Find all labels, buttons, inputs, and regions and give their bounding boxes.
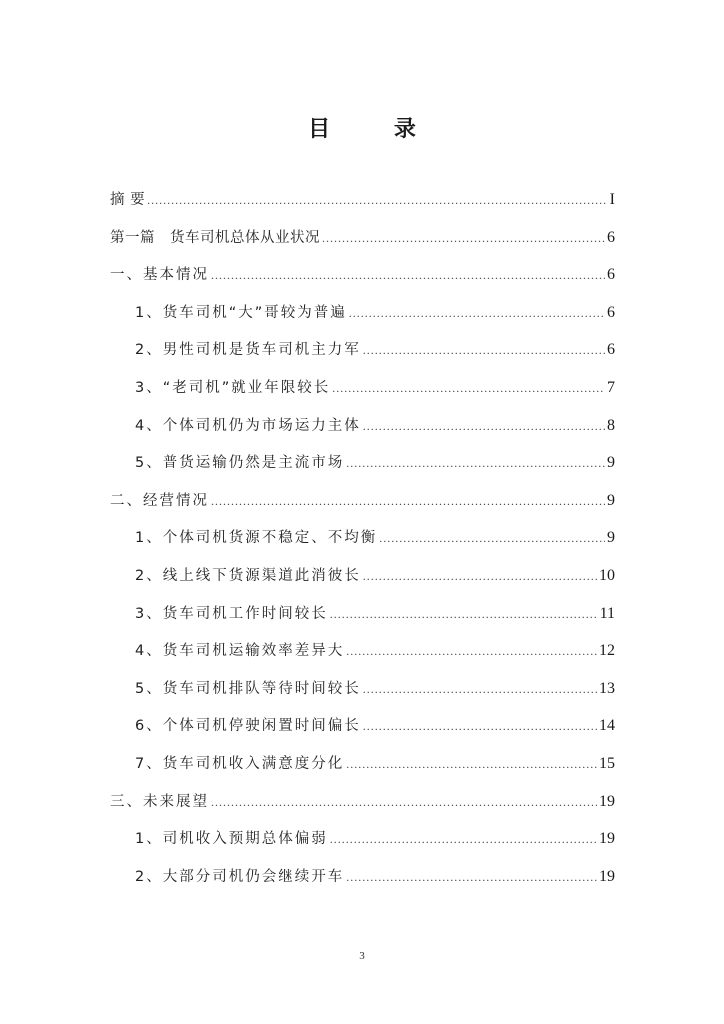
dot-leader <box>211 494 605 509</box>
toc-entry-page: 13 <box>599 680 615 698</box>
dot-leader <box>346 644 597 659</box>
toc-entry-page: 11 <box>600 605 615 623</box>
dot-leader <box>330 607 598 622</box>
dot-leader <box>363 419 605 434</box>
toc-entry-page: 6 <box>607 266 615 284</box>
dot-leader <box>346 456 605 471</box>
dot-leader <box>363 343 605 358</box>
dot-leader <box>379 531 605 546</box>
toc-entry-label: 5、货车司机排队等待时间较长 <box>135 677 361 698</box>
toc-entry-subsection[interactable]: 1、个体司机货源不稳定、不均衡 9 <box>110 526 615 564</box>
toc-entry-page: 9 <box>607 529 615 547</box>
toc-entry-label: 5、普货运输仍然是主流市场 <box>135 451 344 472</box>
toc-entry-subsection[interactable]: 2、线上线下货源渠道此消彼长 10 <box>110 564 615 602</box>
toc-entry-subsection[interactable]: 2、大部分司机仍会继续开车 19 <box>110 865 615 903</box>
toc-entry-subsection[interactable]: 4、个体司机仍为市场运力主体 8 <box>110 414 615 452</box>
toc-entry-page: 6 <box>607 304 615 322</box>
toc-entry-page: 8 <box>607 417 615 435</box>
dot-leader <box>147 193 608 208</box>
toc-entry-label: 7、货车司机收入满意度分化 <box>135 752 344 773</box>
page-title: 目 录 <box>0 112 724 143</box>
toc-entry-page: 19 <box>599 793 615 811</box>
toc-entry-page: 6 <box>607 229 615 247</box>
toc-entry-page: I <box>610 191 615 209</box>
toc-entry-page: 19 <box>599 830 615 848</box>
toc-entry-page: 6 <box>607 341 615 359</box>
table-of-contents: 摘 要 I 第一篇 货车司机总体从业状况 6 一、基本情况 6 1、货车司机“大… <box>110 188 615 902</box>
toc-entry-subsection[interactable]: 7、货车司机收入满意度分化 15 <box>110 752 615 790</box>
toc-entry-subsection[interactable]: 6、个体司机停驶闲置时间偏长 14 <box>110 714 615 752</box>
toc-entry-subsection[interactable]: 5、货车司机排队等待时间较长 13 <box>110 677 615 715</box>
dot-leader <box>346 870 597 885</box>
toc-entry-label: 三、未来展望 <box>110 790 209 811</box>
dot-leader <box>211 268 605 283</box>
dot-leader <box>330 832 597 847</box>
toc-entry-section-1[interactable]: 一、基本情况 6 <box>110 263 615 301</box>
toc-entry-label: 4、个体司机仍为市场运力主体 <box>135 414 361 435</box>
dot-leader <box>211 795 597 810</box>
toc-entry-page: 12 <box>599 642 615 660</box>
dot-leader <box>363 682 597 697</box>
toc-entry-section-3[interactable]: 三、未来展望 19 <box>110 790 615 828</box>
toc-entry-subsection[interactable]: 5、普货运输仍然是主流市场 9 <box>110 451 615 489</box>
toc-entry-section-2[interactable]: 二、经营情况 9 <box>110 489 615 527</box>
toc-entry-part-one[interactable]: 第一篇 货车司机总体从业状况 6 <box>110 226 615 264</box>
toc-entry-label: 摘 要 <box>110 188 145 209</box>
toc-entry-label: 3、货车司机工作时间较长 <box>135 602 328 623</box>
dot-leader <box>346 757 597 772</box>
toc-entry-subsection[interactable]: 1、司机收入预期总体偏弱 19 <box>110 827 615 865</box>
toc-entry-page: 15 <box>599 755 615 773</box>
toc-entry-label: 2、线上线下货源渠道此消彼长 <box>135 564 361 585</box>
dot-leader <box>363 719 597 734</box>
dot-leader <box>322 231 605 246</box>
toc-entry-label: 6、个体司机停驶闲置时间偏长 <box>135 714 361 735</box>
toc-entry-page: 10 <box>599 567 615 585</box>
toc-entry-subsection[interactable]: 3、“老司机”就业年限较长 7 <box>110 376 615 414</box>
toc-entry-page: 19 <box>599 868 615 886</box>
dot-leader <box>349 306 605 321</box>
toc-entry-label: 1、个体司机货源不稳定、不均衡 <box>135 526 377 547</box>
toc-entry-subsection[interactable]: 4、货车司机运输效率差异大 12 <box>110 639 615 677</box>
toc-entry-label: 4、货车司机运输效率差异大 <box>135 639 344 660</box>
toc-entry-abstract[interactable]: 摘 要 I <box>110 188 615 226</box>
dot-leader <box>332 381 605 396</box>
toc-entry-subsection[interactable]: 1、货车司机“大”哥较为普遍 6 <box>110 301 615 339</box>
toc-entry-page: 9 <box>607 492 615 510</box>
toc-entry-label: 2、大部分司机仍会继续开车 <box>135 865 344 886</box>
page-number: 3 <box>0 950 724 962</box>
toc-entry-label: 一、基本情况 <box>110 263 209 284</box>
toc-entry-subsection[interactable]: 2、男性司机是货车司机主力军 6 <box>110 338 615 376</box>
toc-entry-page: 14 <box>599 717 615 735</box>
toc-entry-page: 9 <box>607 454 615 472</box>
toc-entry-subsection[interactable]: 3、货车司机工作时间较长 11 <box>110 602 615 640</box>
toc-entry-label: 二、经营情况 <box>110 489 209 510</box>
dot-leader <box>363 569 597 584</box>
toc-entry-label: 3、“老司机”就业年限较长 <box>135 376 330 397</box>
toc-entry-label: 第一篇 货车司机总体从业状况 <box>110 226 320 247</box>
toc-entry-label: 1、货车司机“大”哥较为普遍 <box>135 301 347 322</box>
toc-entry-page: 7 <box>607 379 615 397</box>
toc-entry-label: 1、司机收入预期总体偏弱 <box>135 827 328 848</box>
toc-entry-label: 2、男性司机是货车司机主力军 <box>135 338 361 359</box>
